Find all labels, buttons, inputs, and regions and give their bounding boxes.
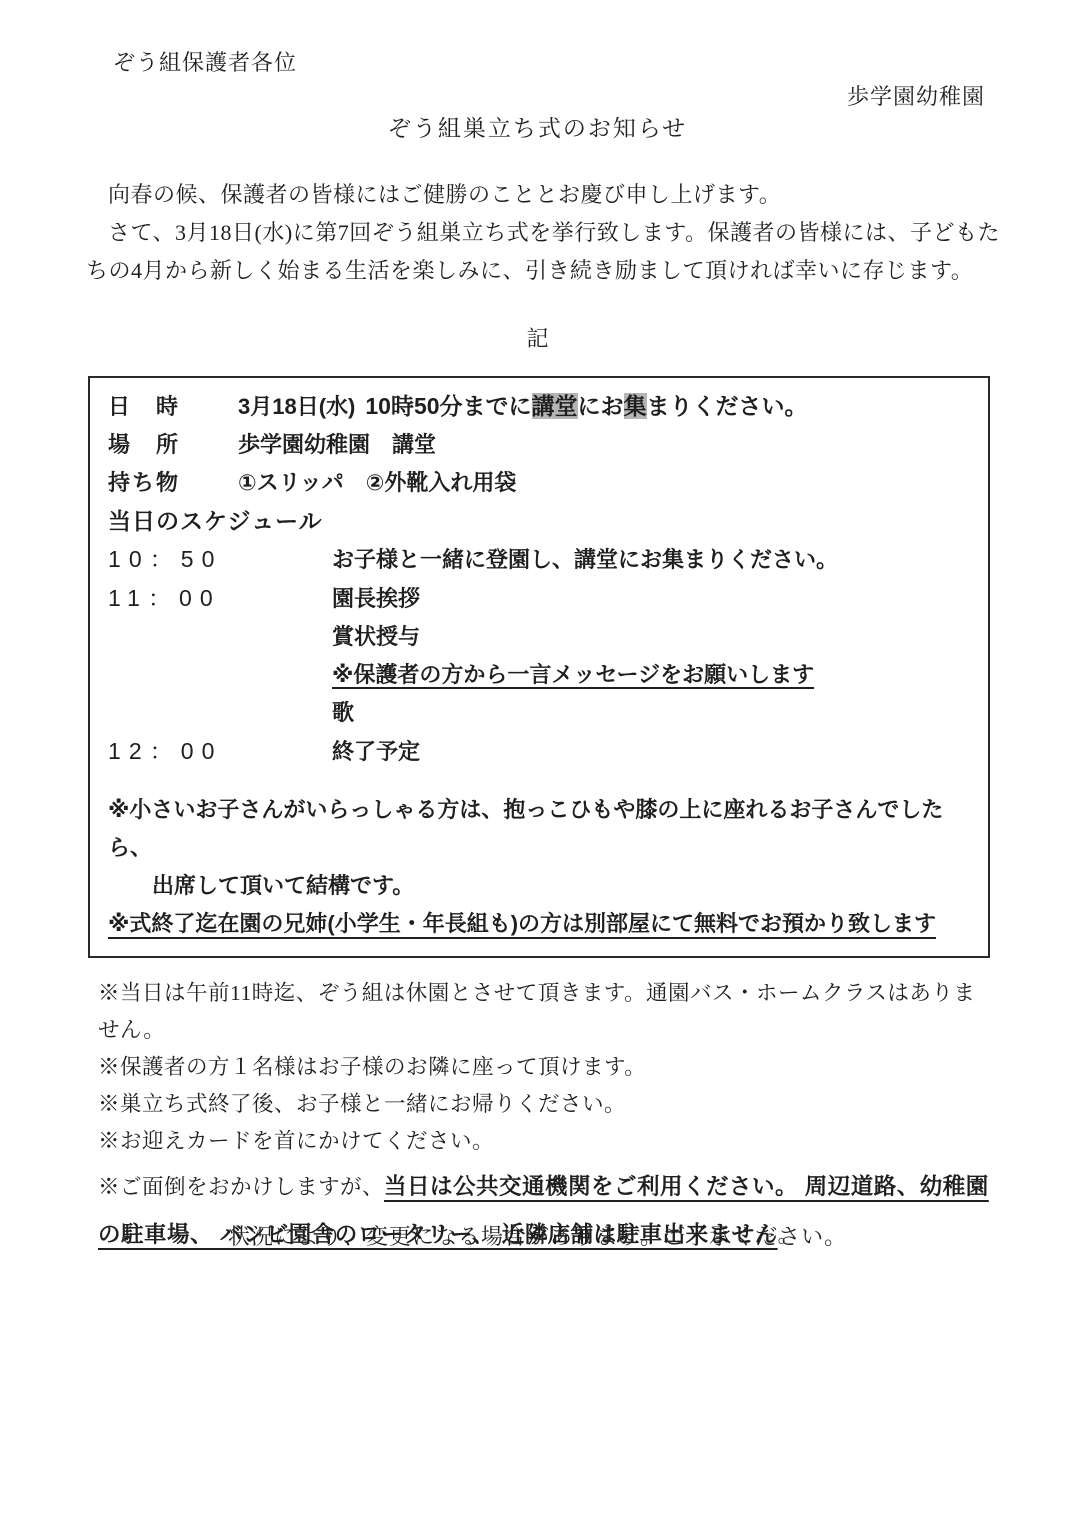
footnote-pickup-card: ※お迎えカードを首にかけてください。: [98, 1123, 990, 1160]
closing-line: 状況により、変更になる場合があります。ご了承ください。: [0, 1220, 1075, 1251]
schedule-row-1200: 12：00 終了予定: [108, 736, 970, 767]
schedule-time: 11：00: [108, 583, 332, 613]
schedule-time: 12：00: [108, 736, 332, 766]
schedule-title: 当日のスケジュール: [108, 506, 970, 536]
schedule-row-song: 歌: [108, 698, 970, 728]
schedule-desc: 園長挨拶: [332, 584, 420, 614]
schedule-row-1050: 10：50 お子様と一緒に登園し、講堂にお集まりください。: [108, 544, 970, 575]
schedule-desc: 歌: [332, 698, 354, 728]
items-row: 持ち物 ①スリッパ ②外靴入れ用袋: [108, 468, 970, 498]
schedule-time: 10：50: [108, 544, 332, 574]
footnote-closed-day: ※当日は午前11時迄、ぞう組は休園とさせて頂きます。通園バス・ホームクラスはあり…: [98, 975, 990, 1049]
place-label: 場 所: [108, 430, 238, 460]
datetime-value: 3月18日(水)10時50分までに講堂にお集まりください。: [238, 391, 808, 422]
highlighted-gather: 集: [624, 393, 647, 419]
box-note-siblings: ※式終了迄在園の兄姉(小学生・年長組も)の方は別部屋にて無料でお預かり致します: [108, 905, 970, 943]
schedule-desc: 終了予定: [332, 737, 420, 767]
datetime-date: 3月18日(水): [238, 394, 355, 419]
highlighted-hall: 講堂: [532, 393, 578, 419]
ki-marker: 記: [0, 322, 1075, 353]
box-note-small-children-line1: ※小さいお子さんがいらっしゃる方は、抱っこひもや膝の上に座れるお子さんでしたら、: [108, 791, 970, 867]
datetime-label: 日 時: [108, 392, 238, 422]
details-box: 日 時 3月18日(水)10時50分までに講堂にお集まりください。 場 所 歩学…: [88, 376, 990, 958]
page-title: ぞう組巣立ち式のお知らせ: [0, 110, 1075, 143]
footnote-one-parent: ※保護者の方１名様はお子様のお隣に座って頂けます。: [98, 1049, 990, 1086]
place-value: 歩学園幼稚園 講堂: [238, 430, 436, 460]
footnote-go-home: ※巣立ち式終了後、お子様と一緒にお帰りください。: [98, 1086, 990, 1123]
notice-page: ぞう組保護者各位 歩学園幼稚園 ぞう組巣立ち式のお知らせ 向春の候、保護者の皆様…: [0, 0, 1075, 1518]
intro-paragraph-greeting: 向春の候、保護者の皆様にはご健勝のこととお慶び申し上げます。: [86, 176, 1004, 214]
schedule-row-1100: 11：00 園長挨拶: [108, 583, 970, 614]
schedule-row-awards: 賞状授与: [108, 622, 970, 652]
recipient-line: ぞう組保護者各位: [113, 46, 297, 77]
footnote-transport-prefix: ※ご面倒をおかけしますが、: [98, 1175, 384, 1199]
items-value: ①スリッパ ②外靴入れ用袋: [238, 468, 516, 498]
place-row: 場 所 歩学園幼稚園 講堂: [108, 430, 970, 460]
box-notes: ※小さいお子さんがいらっしゃる方は、抱っこひもや膝の上に座れるお子さんでしたら、…: [108, 791, 970, 943]
organization-name: 歩学園幼稚園: [847, 80, 985, 111]
intro-paragraph-body: さて、3月18日(水)に第7回ぞう組巣立ち式を挙行致します。保護者の皆様には、子…: [86, 214, 1004, 290]
items-label: 持ち物: [108, 468, 238, 498]
intro-paragraphs: 向春の候、保護者の皆様にはご健勝のこととお慶び申し上げます。 さて、3月18日(…: [86, 176, 1004, 290]
datetime-row: 日 時 3月18日(水)10時50分までに講堂にお集まりください。: [108, 391, 970, 422]
datetime-instruction: 10時50分までに講堂にお集まりください。: [365, 393, 807, 419]
schedule-desc: お子様と一緒に登園し、講堂にお集まりください。: [332, 545, 838, 575]
schedule-row-message: ※保護者の方から一言メッセージをお願いします: [108, 660, 970, 690]
schedule-desc-message: ※保護者の方から一言メッセージをお願いします: [332, 660, 814, 690]
box-note-small-children-line2: 出席して頂いて結構です。: [108, 867, 970, 905]
footnotes: ※当日は午前11時迄、ぞう組は休園とさせて頂きます。通園バス・ホームクラスはあり…: [98, 975, 990, 1259]
schedule-desc: 賞状授与: [332, 622, 420, 652]
